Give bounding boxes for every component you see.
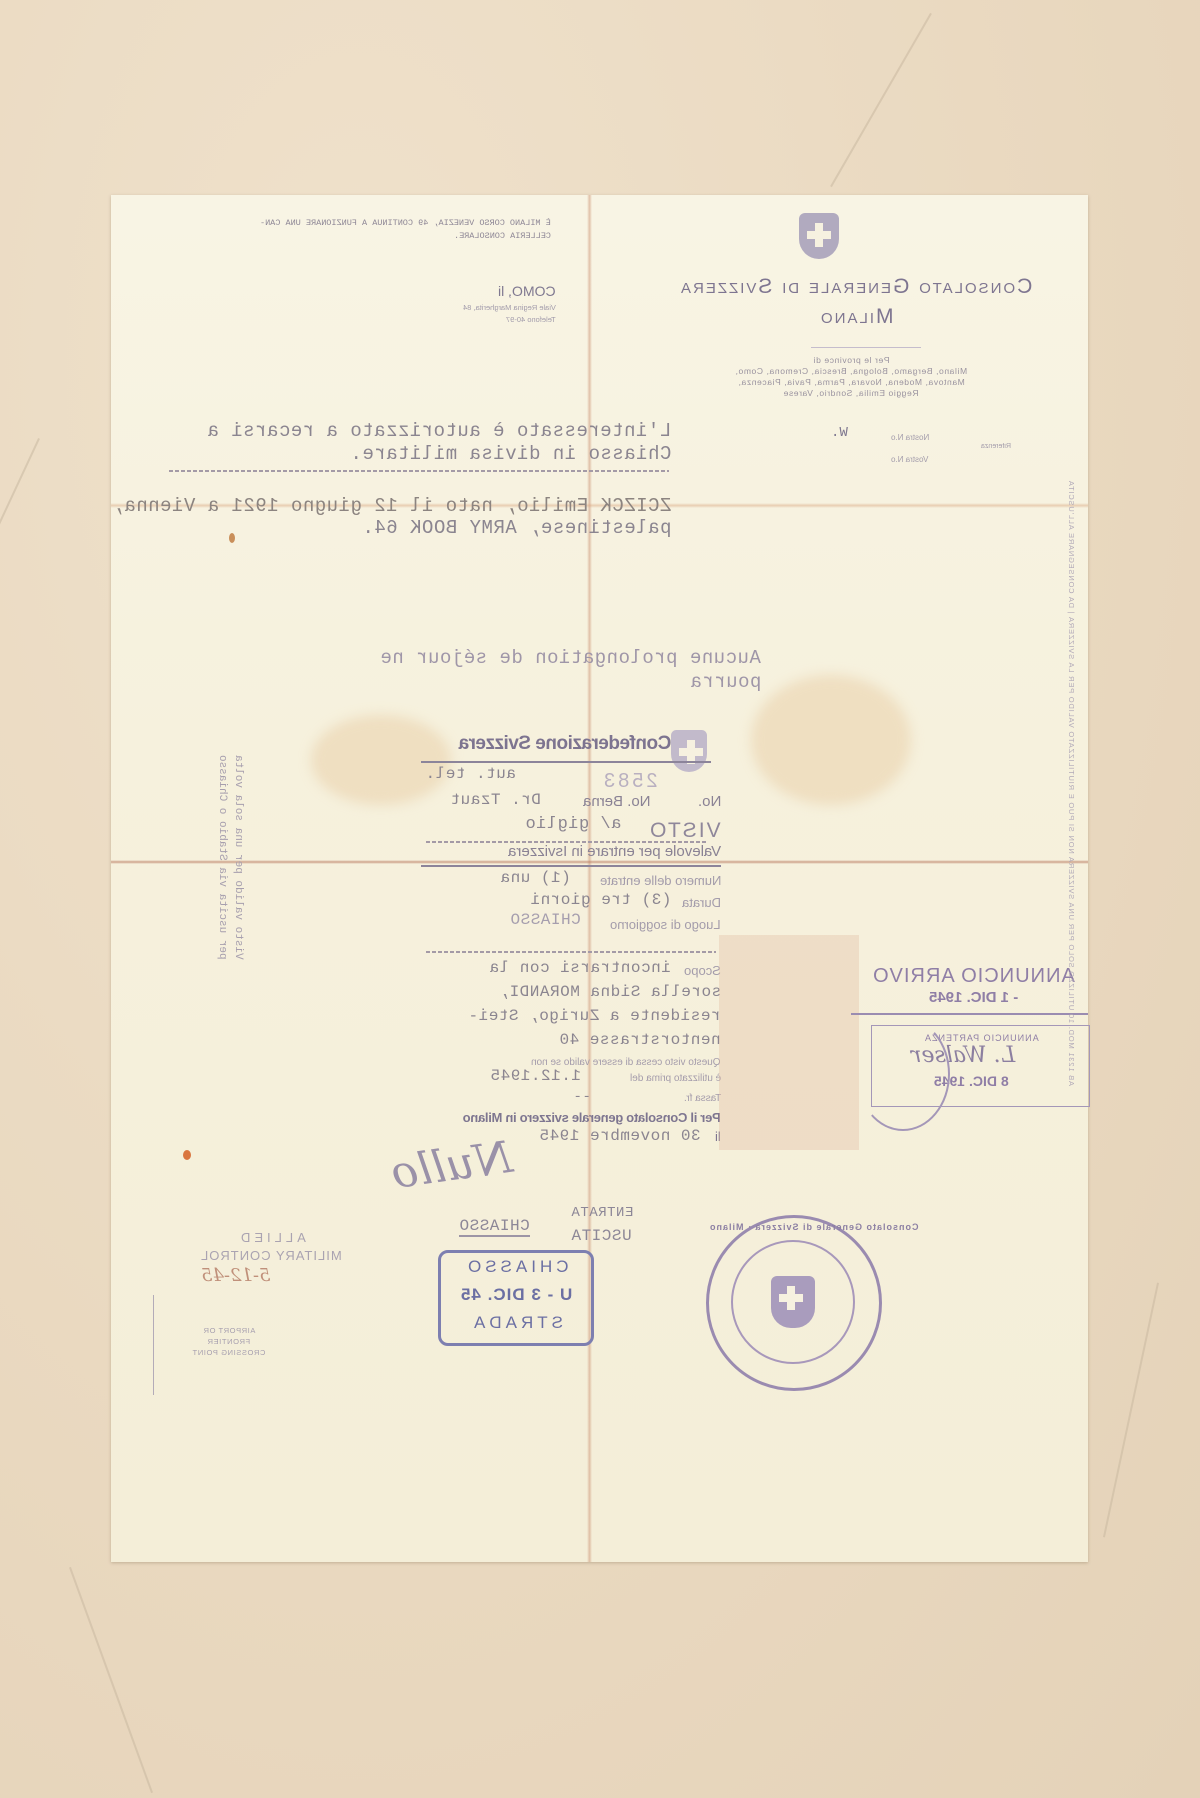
- swiss-shield-icon: [671, 730, 707, 772]
- seal-ring-text: Consolato Generale di Svizzera · Milano: [709, 1222, 879, 1232]
- visa-label: VISTO: [621, 819, 721, 843]
- valid-rule: [421, 865, 721, 867]
- visa-place-label: Luogo di soggiorno: [581, 917, 721, 932]
- allied-line-2: MILITARY CONTROL: [161, 1248, 381, 1263]
- ink-spot: [229, 533, 235, 543]
- visa-purpose-line-3: residente a Zurigo, Stei-: [411, 1007, 721, 1025]
- fold-line-horizontal: [111, 860, 1088, 864]
- visa-duration-value: (3) tre giorni: [501, 891, 671, 909]
- visa-used-before-value: 1.12.1945: [451, 1067, 581, 1085]
- uscita-label: USCITA: [571, 1227, 632, 1245]
- address-city: COMO, li: [441, 283, 556, 299]
- identity-line-1: ZCIZCK Emilio, nato il 12 giugno 1921 a …: [111, 495, 671, 517]
- visa-date-prefix: li: [701, 1129, 721, 1144]
- visa-number-label: No.: [651, 793, 721, 810]
- identity-line-2: palestinese, ARMY BOOK 64.: [111, 517, 671, 539]
- letterhead-city: Milano: [641, 305, 1071, 329]
- allied-line-1: ALLIED: [171, 1230, 371, 1245]
- chiasso-border-stamp: CHIASSO U - 3 DIC. 45 STRADA: [438, 1250, 594, 1346]
- visa-rule: [426, 951, 716, 953]
- stain: [751, 675, 911, 805]
- visa-place-value: CHIASSO: [451, 911, 581, 929]
- wall-crack: [69, 1567, 153, 1793]
- visa-purpose-line-4: nentorstrasse 40: [411, 1031, 721, 1049]
- wall-crack: [830, 13, 932, 187]
- sojourn-line-1: Aucune prolongation de séjour ne: [341, 647, 761, 669]
- visa-purpose-line-2: sorella Sidna MORANDI,: [411, 983, 721, 1001]
- authorization-line-1: L'interessato è autorizzato a recarsi a: [161, 420, 671, 442]
- visa-extra-label: No. Berna: [541, 793, 651, 810]
- stamp-rule: [851, 1013, 1088, 1015]
- wall-crack: [0, 438, 40, 602]
- notice-block: È MILANO CORSO VENEZIA, 49 CONTINUA A FU…: [131, 217, 551, 243]
- letterhead-title: Consolato Generale di Svizzera: [641, 275, 1071, 299]
- visa-valid-line: Valevole per entrare in Isvizzera: [421, 843, 721, 860]
- address-phone: Telefono 40-97: [411, 315, 556, 324]
- visa-duration-label: Durata: [671, 895, 721, 910]
- ref-yours-label: Vostra N.o: [891, 455, 928, 464]
- visa-purpose-label: Scopo: [671, 963, 721, 978]
- visa-consulate-line: Per il Consolato generale svizzero in Mi…: [411, 1110, 721, 1125]
- reference-label: Riferenza: [981, 443, 1011, 450]
- visa-tax-value: --: [531, 1089, 591, 1105]
- visa-header-rule: [421, 761, 711, 763]
- typed-place: CHIASSO: [459, 1217, 530, 1237]
- visa-used-before-label: è utilizzato prima del: [581, 1073, 721, 1084]
- visa-extra-value: Dr. Tzaut: [361, 791, 541, 809]
- ref-ours-label: Nostra N.o: [891, 433, 929, 442]
- document-sheet: Consolato Generale di Svizzera Milano Pe…: [111, 195, 1088, 1562]
- allied-bottom-lines: AIRPORT OR FRONTIER CROSSING POINT: [159, 1325, 299, 1358]
- swiss-shield-icon: [799, 213, 839, 259]
- visa-header: Confederazione Svizzera: [421, 733, 671, 755]
- visa-value: a/ giglio: [441, 815, 621, 834]
- side-note: Visto valido per una sola volta per usci…: [214, 755, 246, 1085]
- allied-handwritten-date: 5-12-45: [201, 1265, 270, 1286]
- visa-number-value: 2583: [601, 770, 711, 793]
- round-stamp-arc: [856, 1017, 950, 1131]
- allied-stamp-border: [153, 1295, 154, 1395]
- swiss-cross-icon: [771, 1276, 815, 1328]
- revenue-stamp: [719, 935, 859, 1150]
- annuncio-arrivo-title: ANNUNCIO ARRIVO: [851, 965, 1096, 988]
- visa-entries-label: Numero delle entrate: [571, 873, 721, 888]
- consul-signature: Nullo: [388, 1132, 515, 1199]
- separator-rule: [169, 470, 669, 472]
- visa-purpose-line-1: incontrarsi con la: [411, 959, 671, 977]
- sojourn-line-2: pourra: [341, 671, 761, 693]
- annuncio-arrivo-date: - 1 DIC. 1945: [851, 989, 1096, 1006]
- divider: [811, 347, 921, 348]
- consulate-seal: Consolato Generale di Svizzera · Milano: [706, 1215, 882, 1391]
- visa-tax-label: Tassa fr.: [651, 1093, 721, 1104]
- wall-crack: [1103, 1283, 1159, 1538]
- provinces-block: Per le province di Milano, Bergamo, Bolo…: [611, 355, 1091, 399]
- visa-entries-value: (1) una: [451, 869, 571, 887]
- ink-spot: [183, 1150, 191, 1160]
- entrata-label: ENTRATA: [571, 1205, 633, 1221]
- visa-tel: aut. tel.: [366, 765, 516, 783]
- address-street: Viale Regina Margherita, 84: [411, 303, 556, 312]
- ref-ours-value: W.: [831, 425, 848, 441]
- side-strip-text: AB 1231 MOD. 10 UTILIZZO SOLO PER UNA SV…: [1067, 480, 1076, 1200]
- authorization-line-2: Chiasso in divisa militare.: [161, 443, 671, 465]
